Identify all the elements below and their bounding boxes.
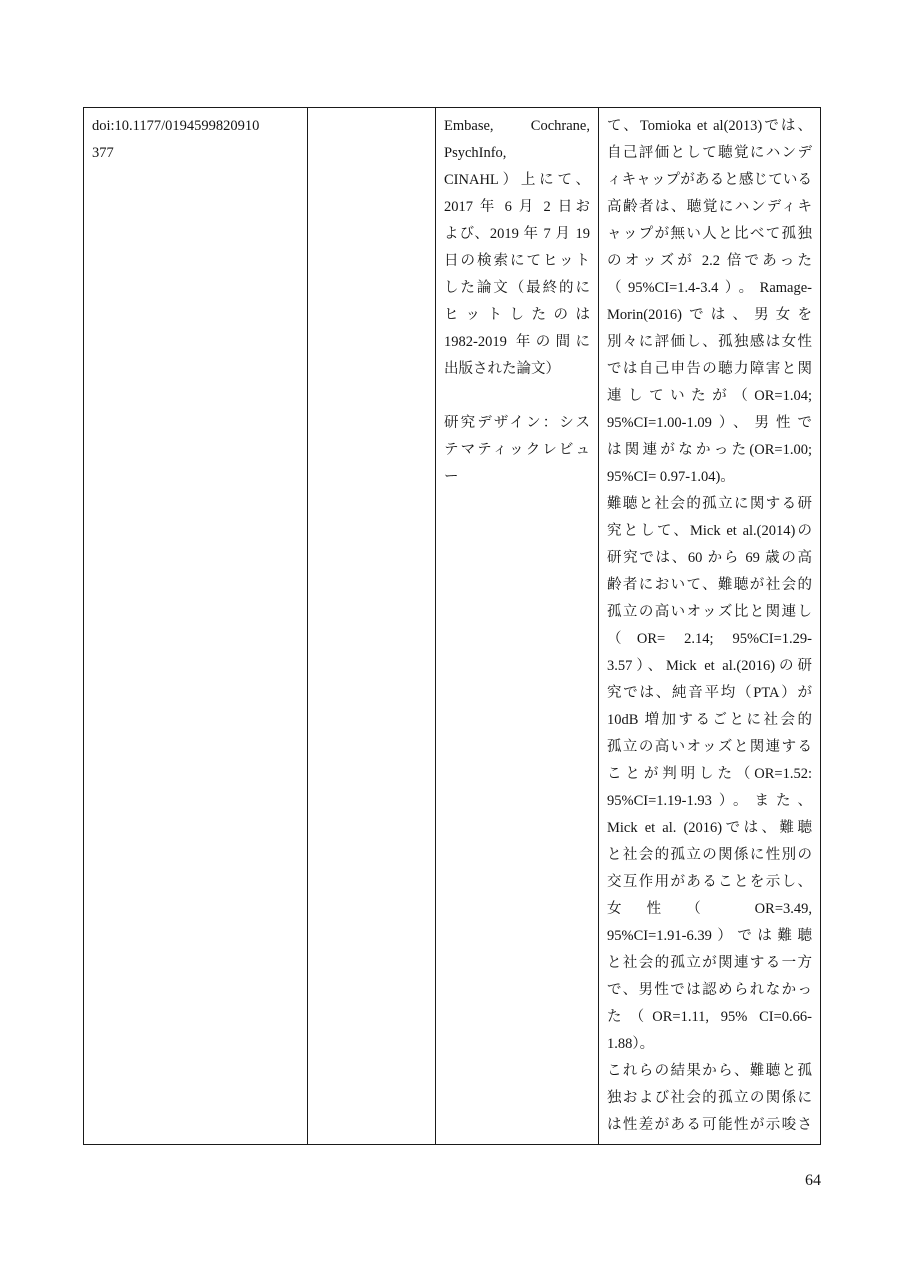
text-line: て、Tomioka et al(2013)では、 xyxy=(607,113,812,140)
text-line: 連していたが（OR=1.04; xyxy=(607,383,812,410)
text-line: Mick et al. (2016)では、難聴 xyxy=(607,815,812,842)
text-line: Embase, Cochrane, xyxy=(444,113,590,140)
text-line: 独および社会的孤立の関係に xyxy=(607,1085,812,1112)
text-line: では自己申告の聴力障害と関 xyxy=(607,356,812,383)
table-cell-empty xyxy=(308,108,436,1144)
text-line: した論文（最終的に xyxy=(444,275,590,302)
table-cell-doi: doi:10.1177/0194599820910377 xyxy=(84,108,308,1144)
text-line: ィキャップがあると感じている xyxy=(607,167,812,194)
text-line: CINAHL）上にて、 xyxy=(444,167,590,194)
text-line: 研究デザイン：シス xyxy=(444,410,590,437)
text-line: 2017 年 6 月 2 日お xyxy=(444,194,590,221)
blank-line xyxy=(444,383,590,410)
text-line: 研究では、60 から 69 歳の高 xyxy=(607,545,812,572)
document-page: doi:10.1177/0194599820910377 Embase, Coc… xyxy=(0,0,900,1273)
text-line: ヒットしたのは xyxy=(444,302,590,329)
text-line: 女性（ OR=3.49, xyxy=(607,896,812,923)
text-line: と社会的孤立の関係に性別の xyxy=(607,842,812,869)
text-line: doi:10.1177/0194599820910 xyxy=(92,113,299,140)
text-line: 孤立の高いオッズ比と関連し xyxy=(607,599,812,626)
text-line: 95%CI= 0.97-1.04)。 xyxy=(607,464,812,491)
text-line: 3.57）、Mick et al.(2016)の研 xyxy=(607,653,812,680)
text-line: 出版された論文） xyxy=(444,356,590,383)
text-line: た（OR=1.11, 95% CI=0.66- xyxy=(607,1004,812,1031)
text-line: 究では、純音平均（PTA）が xyxy=(607,680,812,707)
literature-review-table: doi:10.1177/0194599820910377 Embase, Coc… xyxy=(83,107,821,1145)
text-line: よび、2019 年 7 月 19 xyxy=(444,221,590,248)
text-line: は性差がある可能性が示唆さ xyxy=(607,1112,812,1139)
text-line: 377 xyxy=(92,140,299,167)
text-line: 95%CI=1.91-6.39）では難聴 xyxy=(607,923,812,950)
text-line: （OR= 2.14; 95%CI=1.29- xyxy=(607,626,812,653)
text-line: 1.88）。 xyxy=(607,1031,812,1058)
text-line: 日の検索にてヒット xyxy=(444,248,590,275)
table-cell-results-text: て、Tomioka et al(2013)では、自己評価として聴覚にハンディキャ… xyxy=(599,108,820,1144)
text-line: 95%CI=1.00-1.09）、男性で xyxy=(607,410,812,437)
text-line: PsychInfo, xyxy=(444,140,590,167)
text-line: は関連がなかった(OR=1.00; xyxy=(607,437,812,464)
text-line: これらの結果から、難聴と孤 xyxy=(607,1058,812,1085)
text-line: 自己評価として聴覚にハンデ xyxy=(607,140,812,167)
text-line: 別々に評価し、孤独感は女性 xyxy=(607,329,812,356)
text-line: と社会的孤立が関連する一方 xyxy=(607,950,812,977)
text-line: 孤立の高いオッズと関連する xyxy=(607,734,812,761)
text-line: ャップが無い人と比べて孤独 xyxy=(607,221,812,248)
text-line: 1982-2019 年の間に xyxy=(444,329,590,356)
text-line: 難聴と社会的孤立に関する研 xyxy=(607,491,812,518)
text-line: 高齢者は、聴覚にハンディキ xyxy=(607,194,812,221)
text-line: 10dB 増加するごとに社会的 xyxy=(607,707,812,734)
page-number: 64 xyxy=(83,1170,821,1192)
text-line: 齢者において、難聴が社会的 xyxy=(607,572,812,599)
text-line: （95%CI=1.4-3.4）。Ramage- xyxy=(607,275,812,302)
text-line: テマティックレビュ xyxy=(444,437,590,464)
text-line: Morin(2016)では、男女を xyxy=(607,302,812,329)
text-line: ー xyxy=(444,464,590,491)
text-line: 95%CI=1.19-1.93）。また、 xyxy=(607,788,812,815)
text-line: ことが判明した（OR=1.52: xyxy=(607,761,812,788)
table-cell-search-methods: Embase, Cochrane,PsychInfo,CINAHL）上にて、20… xyxy=(436,108,599,1144)
text-line: のオッズが 2.2 倍であった xyxy=(607,248,812,275)
text-line: で、男性では認められなかっ xyxy=(607,977,812,1004)
text-line: 交互作用があることを示し、 xyxy=(607,869,812,896)
text-line: 究として、Mick et al.(2014)の xyxy=(607,518,812,545)
